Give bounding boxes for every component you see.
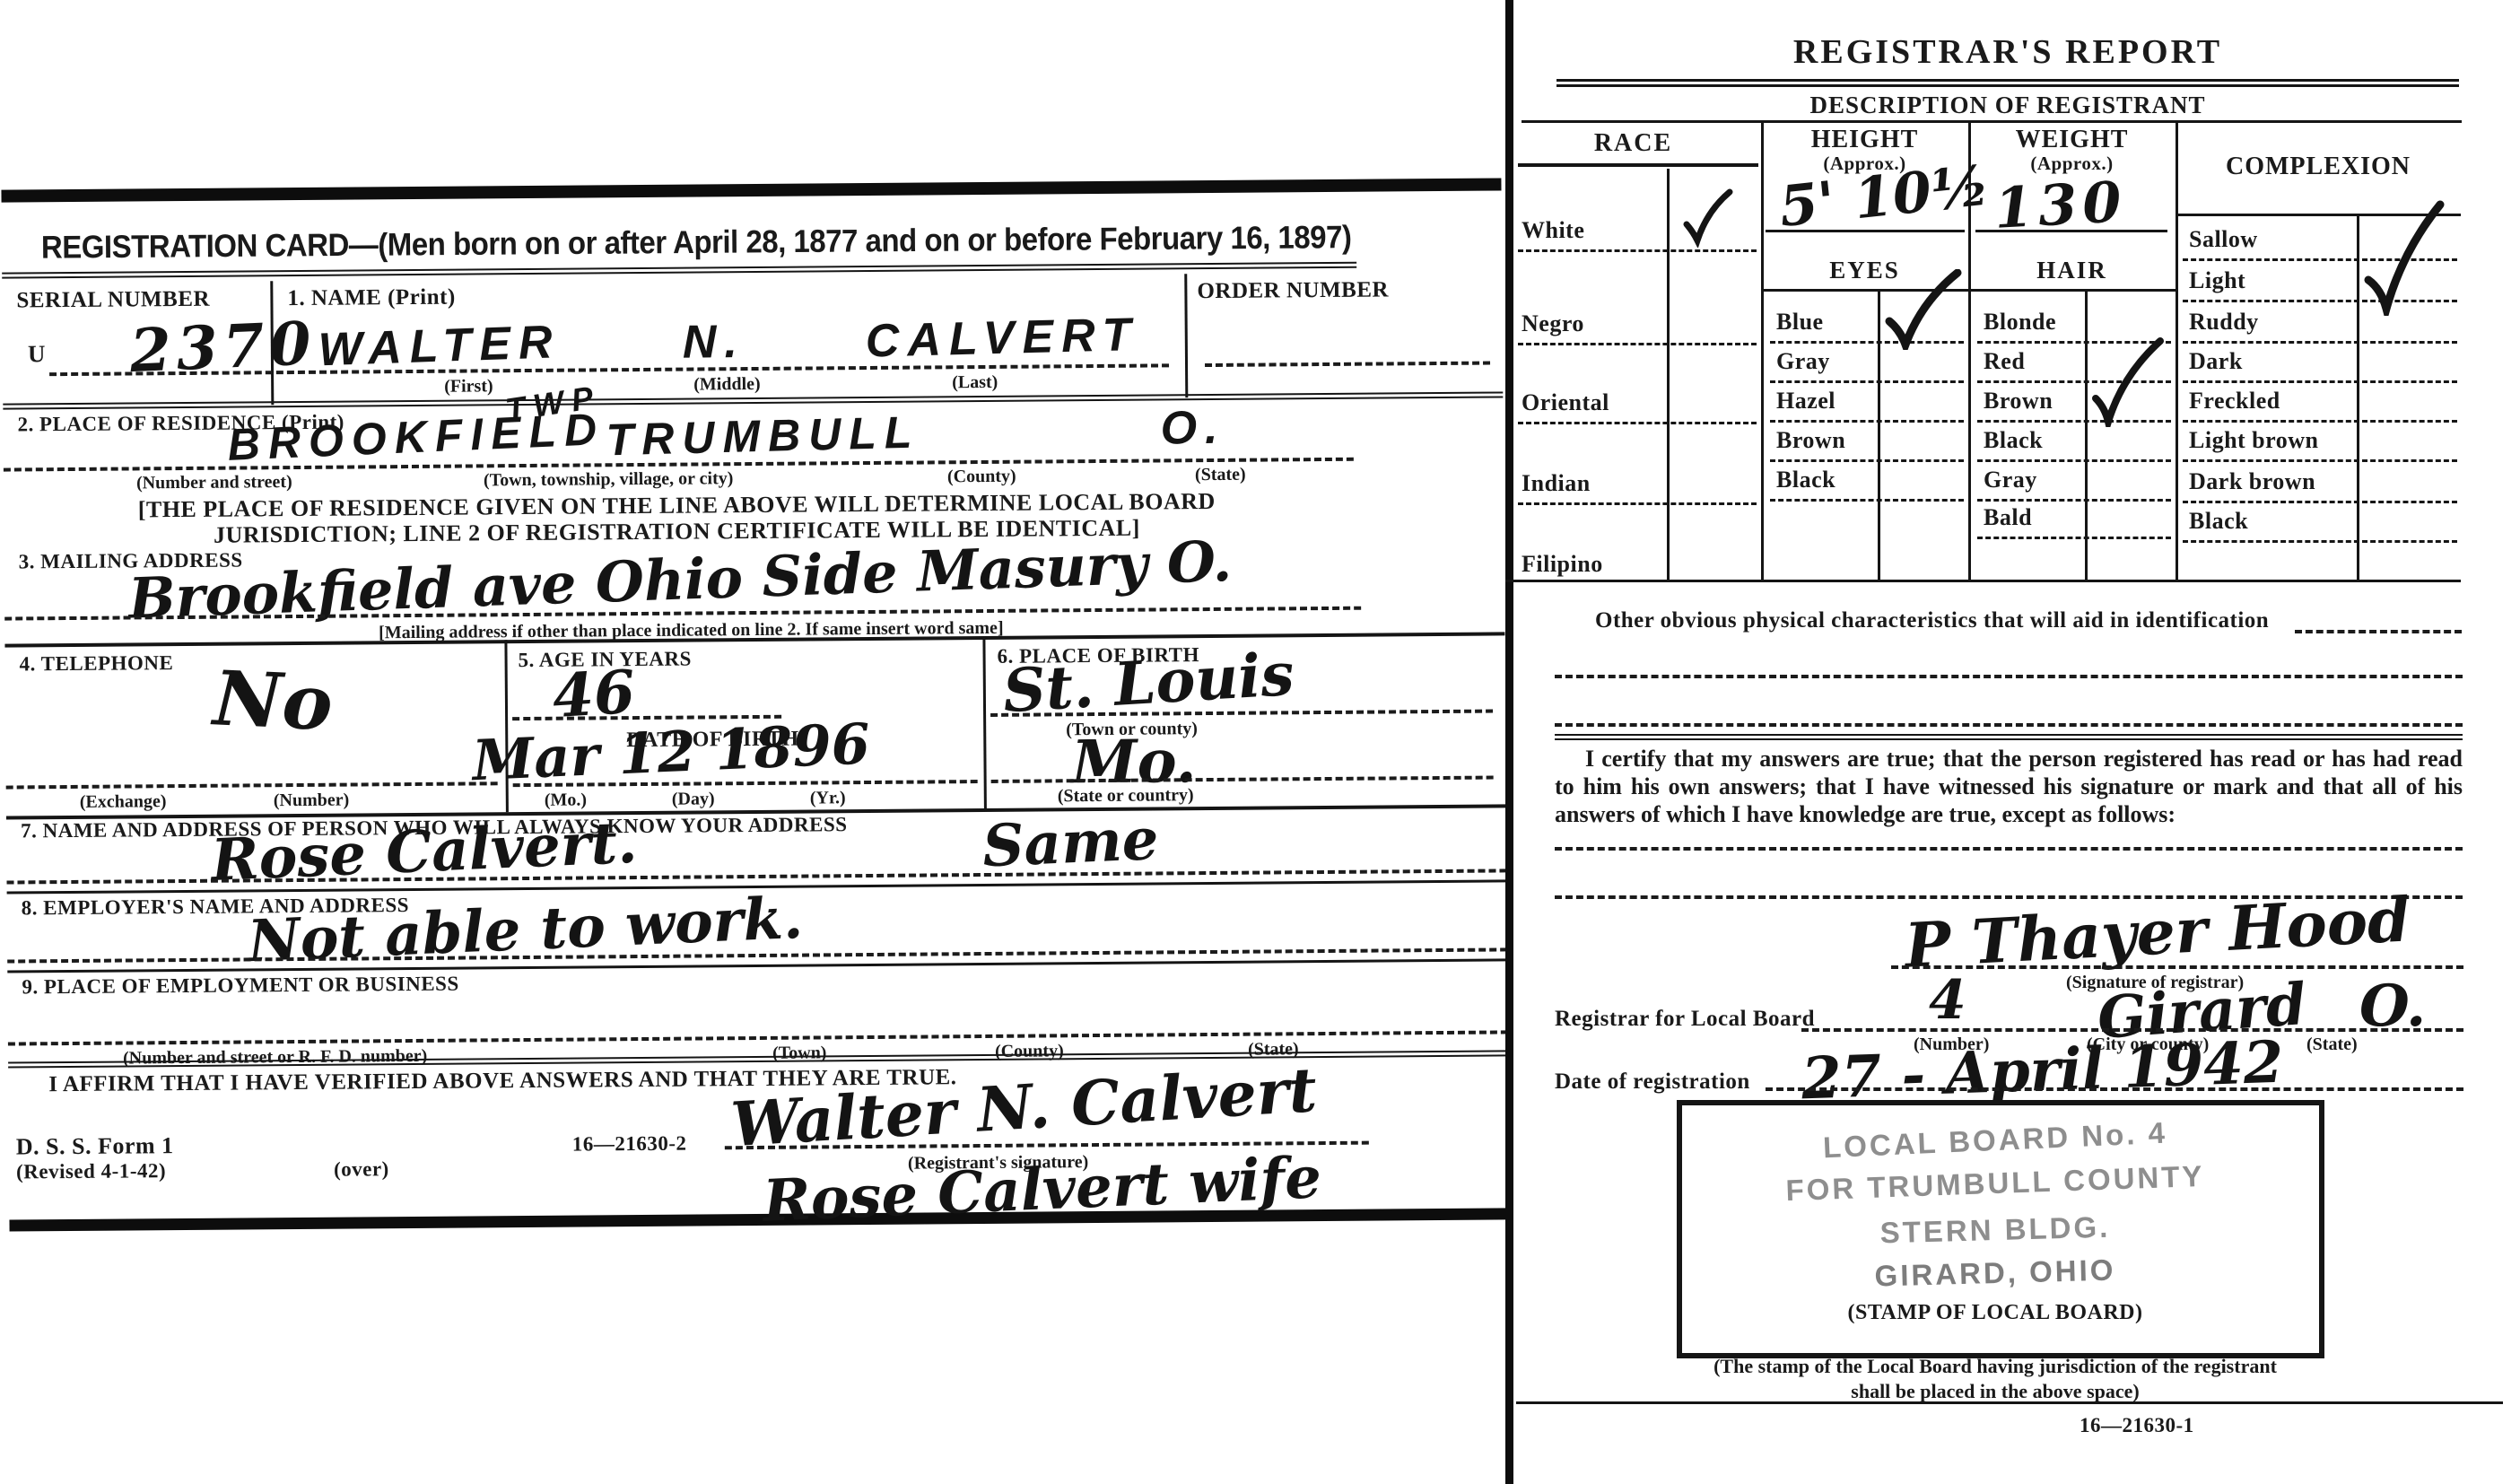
row-underline — [1518, 422, 1757, 424]
divider — [1556, 79, 2459, 87]
row-underline — [2183, 341, 2457, 344]
middle-sublabel: (Middle) — [693, 374, 761, 396]
stamp-note-line1: (The stamp of the Local Board having jur… — [1632, 1355, 2359, 1378]
eyes-hair-rule — [1761, 289, 2176, 292]
race-row-white: White — [1522, 217, 1584, 244]
certification-text: I certify that my answers are true; that… — [1555, 745, 2463, 829]
last-sublabel: (Last) — [952, 372, 998, 393]
column-divider — [982, 636, 987, 808]
fill-line — [2295, 630, 2462, 633]
race-header: RACE — [1505, 129, 1761, 158]
fill-line — [1555, 675, 2463, 678]
card-title: REGISTRATION CARD—(Men born on or after … — [41, 219, 1352, 266]
row-underline — [2183, 380, 2457, 383]
table-line — [1761, 122, 1764, 580]
divider — [1555, 734, 2463, 740]
complexion-light-checkmark-icon — [2359, 199, 2446, 316]
complexion-row-ruddy: Ruddy — [2189, 309, 2259, 336]
race-row-filipino: Filipino — [1522, 551, 1603, 578]
row-underline — [2183, 540, 2457, 543]
first-sublabel: (First) — [444, 376, 493, 397]
name-first-value: WALTER — [318, 315, 562, 377]
race-row-indian: Indian — [1522, 470, 1591, 497]
complexion-row-light: Light — [2189, 267, 2245, 294]
telephone-value: No — [212, 653, 335, 747]
telephone-label: 4. TELEPHONE — [20, 651, 174, 676]
value-underline — [1766, 230, 1965, 232]
row-underline — [2183, 501, 2457, 503]
fill-line — [1766, 1087, 2463, 1091]
print-code: 16—21630-2 — [572, 1132, 687, 1157]
complexion-row-sallow: Sallow — [2189, 226, 2258, 253]
hair-row-brown: Brown — [1984, 388, 2053, 415]
other-characteristics-label: Other obvious physical characteristics t… — [1595, 608, 2269, 633]
employment-label: 9. PLACE OF EMPLOYMENT OR BUSINESS — [22, 973, 458, 1000]
row-underline — [1770, 459, 1964, 462]
stamp-note-line2: shall be placed in the above space) — [1632, 1380, 2359, 1403]
bottom-rule — [1516, 1401, 2503, 1404]
column-divider — [1184, 274, 1188, 397]
eyes-row-blue: Blue — [1776, 309, 1824, 336]
scan-divider-edge — [1505, 0, 1513, 1484]
name-middle-value: N. — [683, 315, 746, 370]
weight-header: WEIGHT — [1968, 126, 2176, 154]
complexion-row-dark-brown: Dark brown — [2189, 468, 2315, 495]
row-underline — [1518, 249, 1757, 252]
row-underline — [2183, 459, 2457, 462]
race-white-checkmark-icon — [1679, 187, 1735, 248]
residence-county-value: TRUMBULL — [606, 406, 920, 467]
signature-line — [1891, 965, 2463, 969]
serial-prefix: U — [28, 340, 46, 368]
registration-date-label: Date of registration — [1555, 1069, 1750, 1095]
height-header: HEIGHT — [1761, 126, 1968, 154]
eyes-row-black: Black — [1776, 467, 1836, 493]
value-underline — [1975, 230, 2167, 232]
local-board-number-value: 4 — [1929, 969, 1966, 1032]
table-line — [2176, 122, 2178, 580]
hair-row-red: Red — [1984, 348, 2025, 375]
eyes-row-gray: Gray — [1776, 348, 1830, 375]
month-sublabel: (Mo.) — [545, 790, 587, 810]
row-underline — [1977, 537, 2171, 539]
race-row-oriental: Oriental — [1522, 389, 1609, 416]
fill-line — [1555, 723, 2463, 727]
fill-line — [1801, 1028, 2463, 1032]
hair-brown-checkmark-icon — [2087, 337, 2166, 427]
race-row-negro: Negro — [1522, 310, 1584, 337]
row-underline — [1977, 499, 2171, 502]
order-number-label: ORDER NUMBER — [1197, 277, 1389, 304]
local-board-label: Registrar for Local Board — [1555, 1007, 1815, 1032]
complexion-header: COMPLEXION — [2176, 153, 2461, 181]
residence-state-value: O. — [1160, 401, 1225, 456]
writing-line — [991, 776, 1494, 783]
hair-row-black: Black — [1984, 427, 2043, 454]
day-sublabel: (Day) — [672, 789, 715, 809]
state-sublabel: (State) — [1195, 465, 1246, 485]
table-bottom-rule — [1505, 580, 2461, 582]
registration-card: REGISTRATION CARD—(Men born on or after … — [1, 178, 1509, 1235]
report-title: REGISTRAR'S REPORT — [1559, 32, 2456, 72]
town-sublabel: (Town, township, village, or city) — [484, 468, 734, 491]
number-street-sublabel: (Number and street) — [136, 472, 292, 493]
contact-value2: Same — [981, 806, 1160, 880]
county-sublabel: (County) — [947, 467, 1016, 488]
row-underline — [1770, 380, 1964, 383]
complexion-row-light-brown: Light brown — [2189, 427, 2318, 454]
row-underline — [1770, 499, 1964, 502]
row-underline — [1518, 343, 1757, 345]
hair-row-gray: Gray — [1984, 467, 2037, 493]
table-line — [1667, 169, 1670, 580]
over-note: (over) — [334, 1157, 389, 1181]
report-print-code: 16—21630-1 — [2080, 1414, 2194, 1437]
report-subtitle: DESCRIPTION OF REGISTRANT — [1559, 92, 2456, 119]
row-underline — [2183, 420, 2457, 423]
hair-header: HAIR — [1968, 257, 2176, 284]
complexion-row-freckled: Freckled — [2189, 388, 2280, 415]
name-last-value: CALVERT — [865, 308, 1139, 369]
hair-row-blonde: Blonde — [1984, 309, 2056, 336]
registrars-report-card: REGISTRAR'S REPORT DESCRIPTION OF REGIST… — [1505, 0, 2520, 1484]
hair-row-bald: Bald — [1984, 504, 2032, 531]
writing-line — [6, 781, 498, 789]
fill-line — [1555, 847, 2463, 851]
eyes-row-hazel: Hazel — [1776, 388, 1836, 415]
race-header-rule — [1518, 163, 1758, 167]
scanned-draft-registration-card: REGISTRATION CARD—(Men born on or after … — [0, 0, 2520, 1484]
form-revision: (Revised 4-1-42) — [16, 1159, 166, 1183]
complexion-row-dark: Dark — [2189, 348, 2243, 375]
board-state-sublabel: (State) — [2306, 1034, 2358, 1055]
table-top-rule — [1522, 120, 2462, 123]
row-underline — [1770, 420, 1964, 423]
row-underline — [1518, 502, 1757, 505]
card-top-edge — [1, 178, 1501, 202]
row-underline — [1977, 459, 2171, 462]
form-id: D. S. S. Form 1 — [16, 1132, 174, 1160]
year-sublabel: (Yr.) — [810, 788, 846, 808]
stamp-caption: (STAMP OF LOCAL BOARD) — [1677, 1301, 2314, 1325]
serial-number-label: SERIAL NUMBER — [16, 287, 210, 314]
number-sublabel: (Number) — [274, 790, 350, 812]
exchange-sublabel: (Exchange) — [80, 791, 167, 813]
eyes-blue-checkmark-icon — [1882, 269, 1963, 350]
eyes-row-brown: Brown — [1776, 427, 1845, 454]
complexion-row-black: Black — [2189, 508, 2248, 535]
table-line — [1878, 291, 1880, 580]
state-or-country-sublabel: (State or country) — [1058, 785, 1194, 807]
order-number-line — [1205, 362, 1490, 367]
